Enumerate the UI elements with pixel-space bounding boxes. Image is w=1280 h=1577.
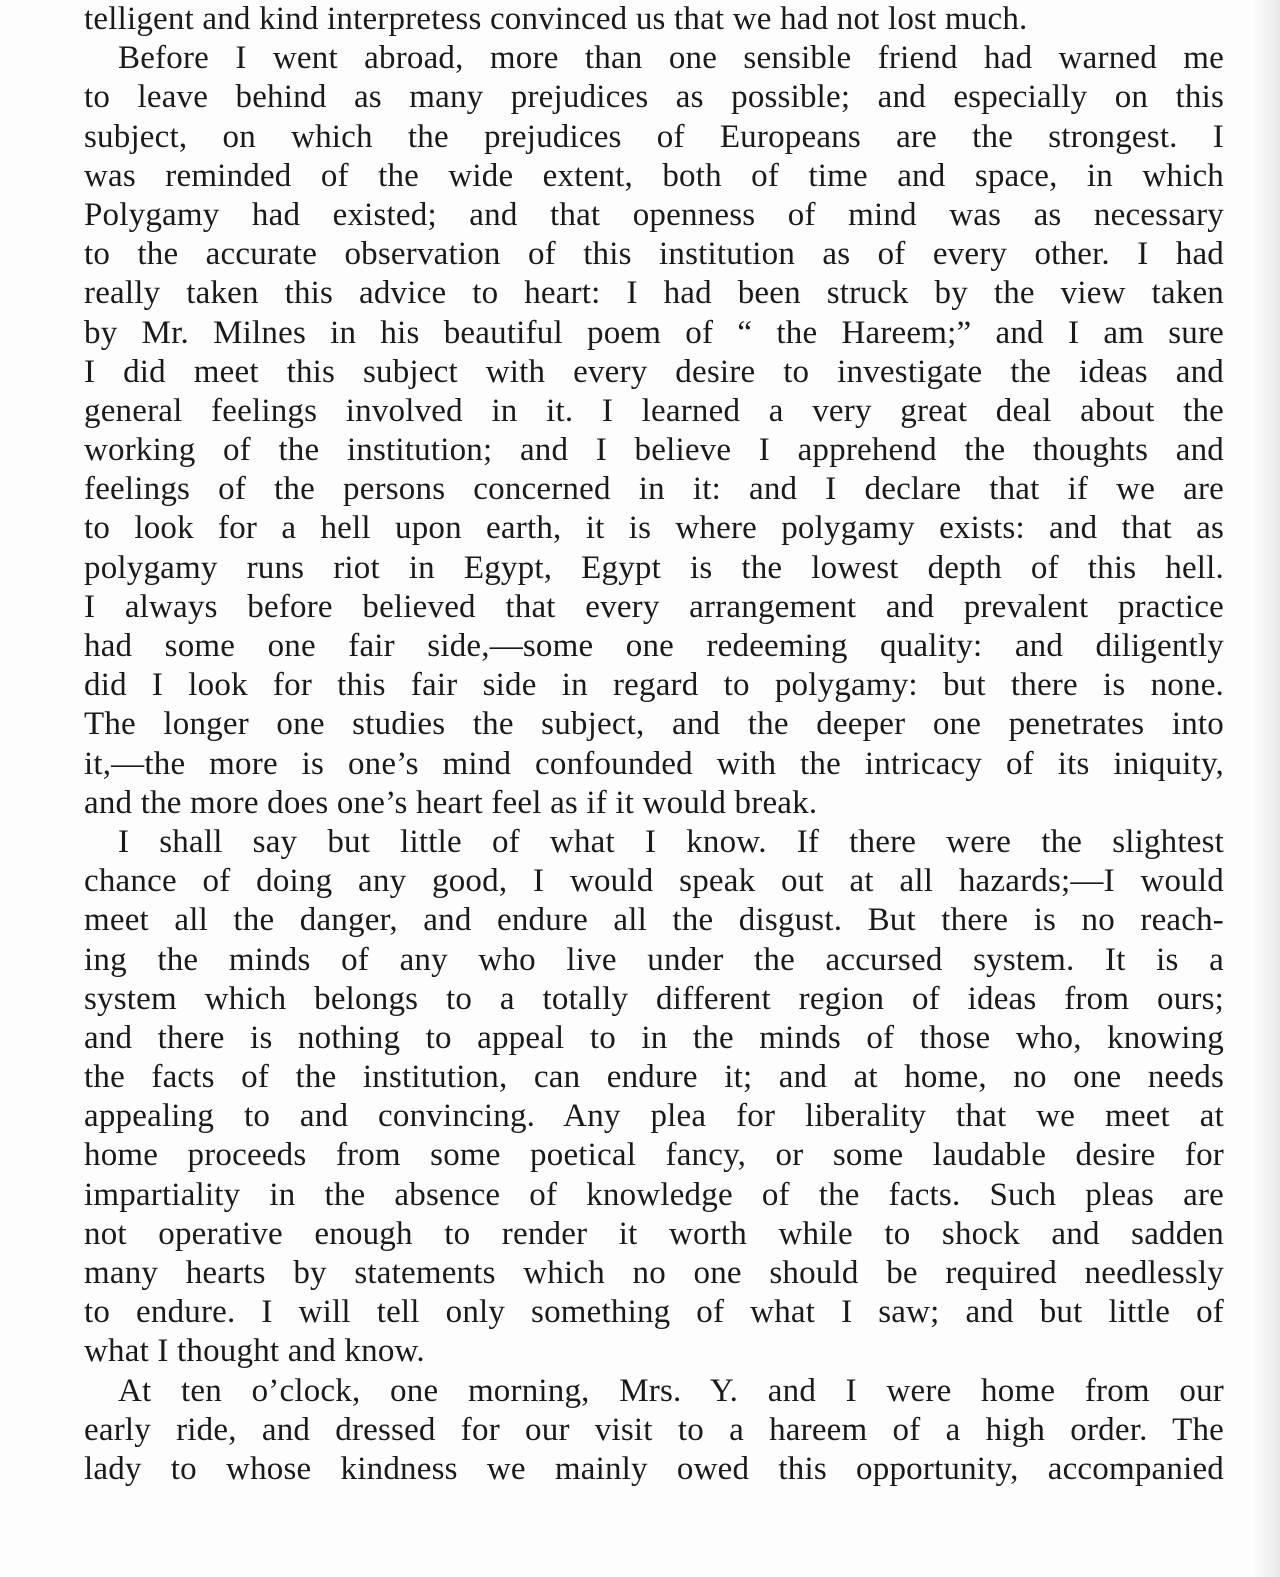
text-line: Polygamy had existed; and that openness … (84, 196, 1224, 235)
text-line: the facts of the institution, can endure… (84, 1058, 1224, 1097)
page-edge-shadow (1250, 0, 1280, 1577)
page-body-text: telligent and kind interpretess convince… (84, 0, 1224, 1489)
text-line: general feelings involved in it. I learn… (84, 392, 1224, 431)
text-line: was reminded of the wide extent, both of… (84, 157, 1224, 196)
text-line: working of the institution; and I believ… (84, 431, 1224, 470)
text-line: meet all the danger, and endure all the … (84, 901, 1224, 940)
text-line: lady to whose kindness we mainly owed th… (84, 1450, 1224, 1489)
text-line: Before I went abroad, more than one sens… (84, 39, 1224, 78)
text-line: appealing to and convincing. Any plea fo… (84, 1097, 1224, 1136)
text-line: I shall say but little of what I know. I… (84, 823, 1224, 862)
text-line: chance of doing any good, I would speak … (84, 862, 1224, 901)
text-line: many hearts by statements which no one s… (84, 1254, 1224, 1293)
text-line: home proceeds from some poetical fancy, … (84, 1136, 1224, 1175)
text-line: to the accurate observation of this inst… (84, 235, 1224, 274)
text-line: to endure. I will tell only something of… (84, 1293, 1224, 1332)
text-line: I always before believed that every arra… (84, 588, 1224, 627)
text-line: not operative enough to render it worth … (84, 1215, 1224, 1254)
text-line: by Mr. Milnes in his beautiful poem of “… (84, 314, 1224, 353)
text-line: impartiality in the absence of knowledge… (84, 1176, 1224, 1215)
text-line: system which belongs to a totally differ… (84, 980, 1224, 1019)
scanned-book-page: telligent and kind interpretess convince… (0, 0, 1280, 1577)
text-line: I did meet this subject with every desir… (84, 353, 1224, 392)
text-line: feelings of the persons concerned in it:… (84, 470, 1224, 509)
text-line: early ride, and dressed for our visit to… (84, 1411, 1224, 1450)
text-line: to look for a hell upon earth, it is whe… (84, 509, 1224, 548)
text-line: subject, on which the prejudices of Euro… (84, 118, 1224, 157)
text-line: and there is nothing to appeal to in the… (84, 1019, 1224, 1058)
text-line: it,—the more is one’s mind confounded wi… (84, 745, 1224, 784)
text-line: ing the minds of any who live under the … (84, 941, 1224, 980)
text-line: had some one fair side,—some one redeemi… (84, 627, 1224, 666)
text-line: The longer one studies the subject, and … (84, 705, 1224, 744)
text-line: what I thought and know. (84, 1332, 1224, 1371)
text-line: did I look for this fair side in regard … (84, 666, 1224, 705)
text-line: telligent and kind interpretess convince… (84, 0, 1224, 39)
text-line: At ten o’clock, one morning, Mrs. Y. and… (84, 1372, 1224, 1411)
text-line: really taken this advice to heart: I had… (84, 274, 1224, 313)
text-line: polygamy runs riot in Egypt, Egypt is th… (84, 549, 1224, 588)
text-line: to leave behind as many prejudices as po… (84, 78, 1224, 117)
text-line: and the more does one’s heart feel as if… (84, 784, 1224, 823)
